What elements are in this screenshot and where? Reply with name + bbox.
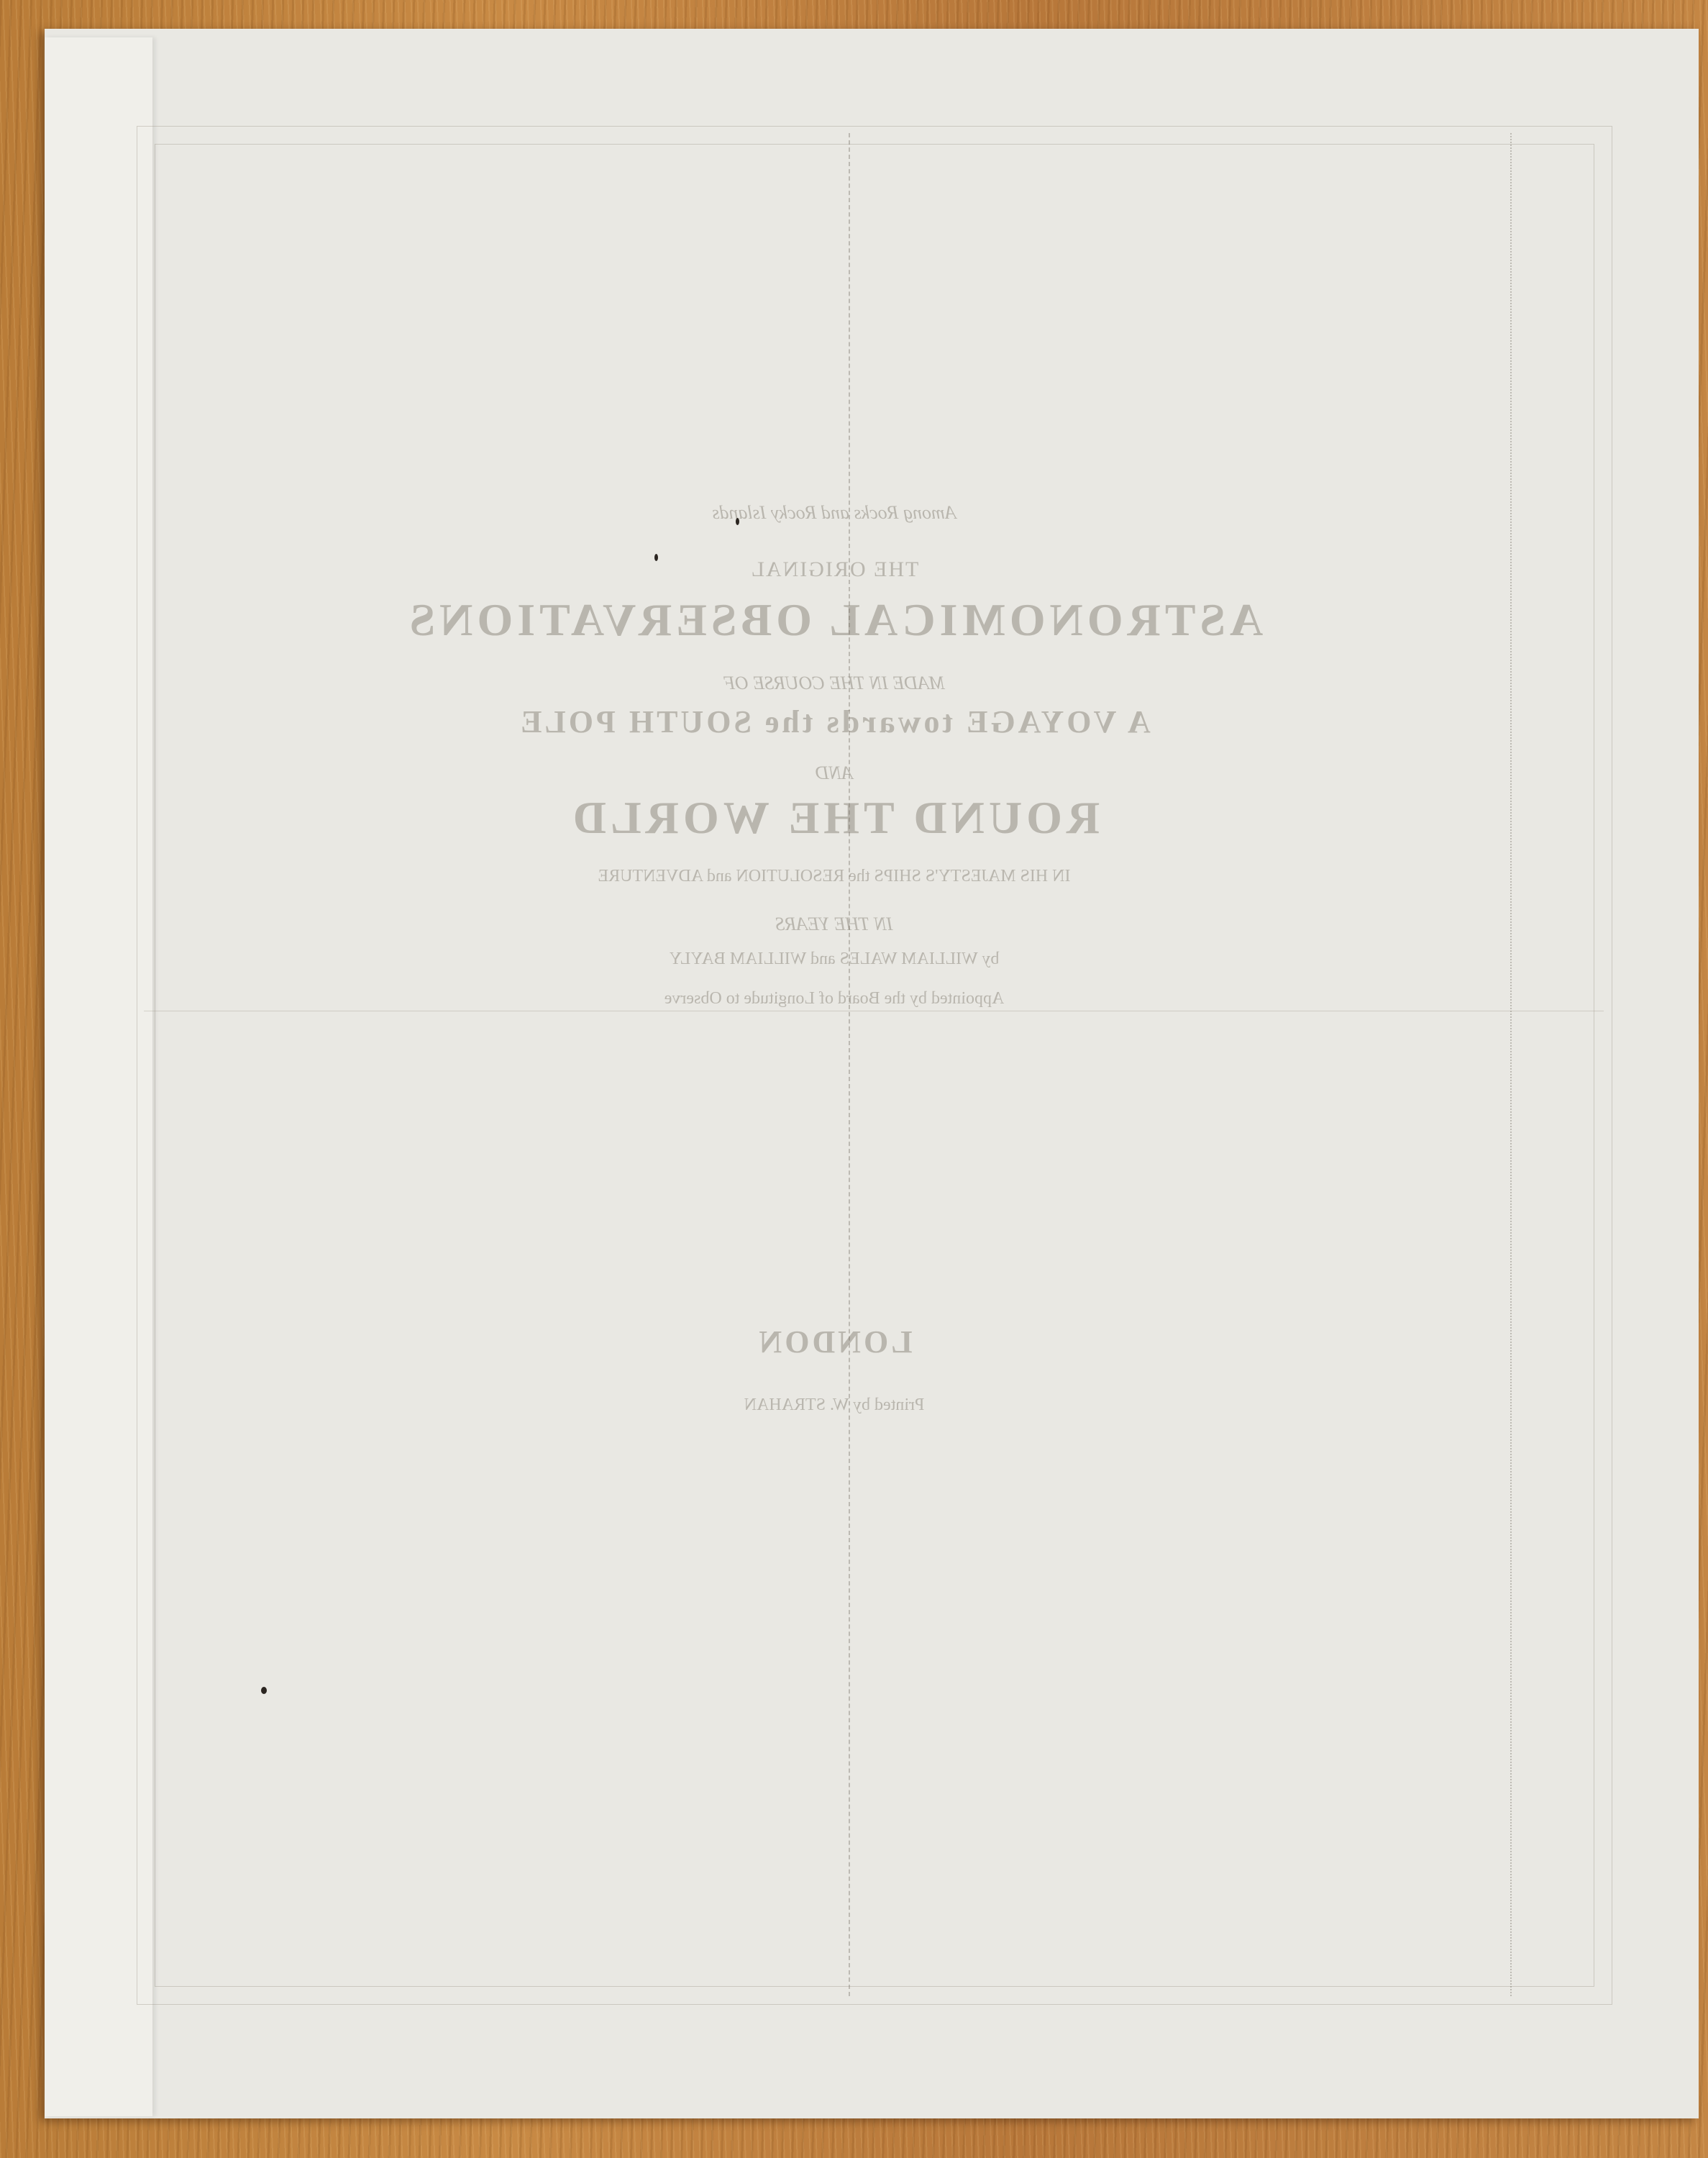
bleed-heading: ASTRONOMICAL OBSERVATIONS	[309, 593, 1359, 647]
bleed-line: IN THE YEARS	[309, 914, 1359, 935]
bleed-line: by WILLIAM WALES and WILLIAM BAYLY	[309, 950, 1359, 969]
ink-speck	[736, 518, 739, 525]
inner-plate-border	[155, 144, 1594, 1987]
ink-speck	[654, 554, 658, 561]
bleed-line: Printed by W. STRAHAN	[309, 1396, 1359, 1415]
bleed-heading: ROUND THE WORLD	[309, 791, 1359, 844]
bleed-line: Appointed by the Board of Longitude to O…	[309, 989, 1359, 1009]
fold-line-vertical	[849, 133, 850, 1996]
ink-speck	[261, 1687, 267, 1694]
bleed-line: MADE IN THE COURSE OF	[309, 673, 1359, 694]
bleed-line: IN HIS MAJESTY'S SHIPS the RESOLUTION an…	[309, 867, 1359, 886]
bleed-line: Among Rocks and Rocky Islands	[309, 502, 1359, 524]
bleed-line: THE ORIGINAL	[309, 557, 1359, 582]
bleed-line: LONDON	[309, 1324, 1359, 1360]
bleed-line: AND	[309, 762, 1359, 784]
fold-line-horizontal	[144, 1011, 1604, 1011]
bleed-heading: A VOYAGE towards the SOUTH POLE	[309, 704, 1359, 740]
fold-line-right	[1510, 133, 1512, 1996]
